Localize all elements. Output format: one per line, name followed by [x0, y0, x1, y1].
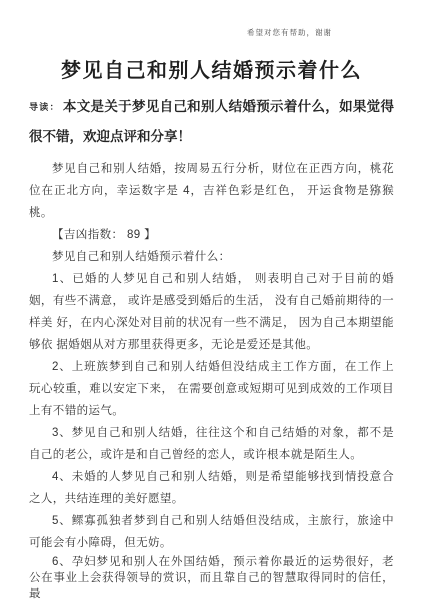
lead-label: 导读：: [29, 102, 63, 112]
lead-text: 本文是关于梦见自己和别人结婚预示着什么，如果觉得 很不错，欢迎点评和分享！: [29, 99, 394, 144]
body-paragraph: 梦见自己和别人结婚，按周易五行分析，财位在正西方向，桃花 位在正北方向，幸运数字…: [29, 158, 394, 224]
lead-paragraph: 导读：本文是关于梦见自己和别人结婚预示着什么，如果觉得 很不错，欢迎点评和分享！: [29, 92, 394, 152]
body-paragraph: 1、已婚的人梦见自己和别人结婚， 则表明自己对于目前的婚姻，有些不满意， 或许是…: [29, 268, 394, 356]
body-paragraph: 4、未婚的人梦见自己和别人结婚，则是希望能够找到情投意合 之人，共结连理的美好愿…: [29, 466, 394, 510]
body-paragraph: 梦见自己和别人结婚预示着什么：: [29, 246, 394, 268]
body-paragraph: 6、孕妇梦见和别人在外国结婚，预示着你最近的运势很好，老 公在事业上会获得领导的…: [29, 554, 394, 600]
body-paragraph: 3、梦见自己和别人结婚，往往这个和自己结婚的对象，都不是 自己的老公，或许是和自…: [29, 422, 394, 466]
article-body: 梦见自己和别人结婚，按周易五行分析，财位在正西方向，桃花 位在正北方向，幸运数字…: [29, 158, 394, 600]
body-paragraph: 【吉凶指数： 89 】: [29, 224, 394, 246]
body-paragraph: 2、上班族梦到自己和别人结婚但没结成主工作方面，在工作上 玩心较重，难以安定下来…: [29, 356, 394, 422]
page-title: 梦见自己和别人结婚预示着什么: [29, 58, 394, 84]
document-page: 希望对您有帮助，谢谢 梦见自己和别人结婚预示着什么 导读：本文是关于梦见自己和别…: [0, 0, 423, 600]
header-note: 希望对您有帮助，谢谢: [29, 26, 394, 40]
body-paragraph: 5、鳏寡孤独者梦到自己和别人结婚但没结成，主旅行，旅途中 可能会有小障碍，但无妨…: [29, 510, 394, 554]
